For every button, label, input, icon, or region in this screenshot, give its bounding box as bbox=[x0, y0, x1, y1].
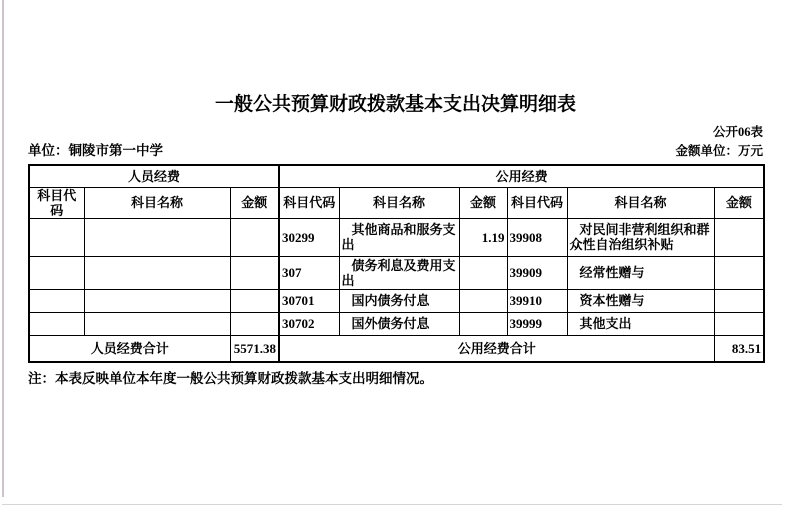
table-cell: 国外债务付息 bbox=[339, 312, 459, 335]
table-cell bbox=[84, 312, 230, 335]
document-page: { "header": { "title": "一般公共预算财政拨款基本支出决算… bbox=[0, 0, 793, 505]
public-total-label: 公用经费合计 bbox=[279, 335, 714, 362]
table-cell bbox=[459, 289, 507, 312]
unit-name: 铜陵市第一中学 bbox=[69, 143, 164, 158]
amount-unit-label: 金额单位： bbox=[675, 144, 738, 158]
table-cell bbox=[29, 218, 84, 256]
table-cell: 30702 bbox=[279, 312, 339, 335]
column-header-row: 科目代码 科目名称 金额 科目代码 科目名称 金额 科目代码 科目名称 金额 bbox=[29, 187, 764, 218]
page-title: 一般公共预算财政拨款基本支出决算明细表 bbox=[28, 94, 763, 116]
column-header: 科目名称 bbox=[84, 187, 230, 218]
column-header: 科目名称 bbox=[339, 187, 459, 218]
group-header-personnel: 人员经费 bbox=[29, 165, 279, 187]
table-cell: 307 bbox=[279, 256, 339, 289]
personnel-total-label: 人员经费合计 bbox=[29, 335, 230, 362]
personnel-total-amount: 5571.38 bbox=[230, 335, 279, 362]
table-cell bbox=[714, 289, 764, 312]
table-cell: 39999 bbox=[507, 312, 567, 335]
column-header: 科目代码 bbox=[507, 187, 567, 218]
column-header: 科目代码 bbox=[279, 187, 339, 218]
table-cell bbox=[459, 256, 507, 289]
table-row: 30701 国内债务付息 39910 资本性赠与 bbox=[29, 289, 764, 312]
meta-row: 单位：铜陵市第一中学 金额单位：万元 bbox=[28, 142, 763, 160]
table-cell: 其他商品和服务支出 bbox=[339, 218, 459, 256]
table-cell bbox=[459, 312, 507, 335]
table-cell bbox=[230, 256, 279, 289]
report-document: 一般公共预算财政拨款基本支出决算明细表 公开06表 单位：铜陵市第一中学 金额单… bbox=[28, 0, 763, 387]
table-cell bbox=[230, 289, 279, 312]
amount-unit-value: 万元 bbox=[738, 144, 763, 158]
table-cell: 1.19 bbox=[459, 218, 507, 256]
table-cell: 39909 bbox=[507, 256, 567, 289]
expenditure-detail-table: 人员经费 公用经费 科目代码 科目名称 金额 科目代码 科目名称 金额 科目代码… bbox=[28, 164, 765, 363]
unit-label: 单位： bbox=[28, 143, 69, 158]
table-cell: 国内债务付息 bbox=[339, 289, 459, 312]
table-cell bbox=[84, 289, 230, 312]
table-cell: 债务利息及费用支出 bbox=[339, 256, 459, 289]
table-cell bbox=[714, 218, 764, 256]
public-total-amount: 83.51 bbox=[714, 335, 764, 362]
table-cell: 30701 bbox=[279, 289, 339, 312]
column-header: 科目代码 bbox=[29, 187, 84, 218]
table-cell bbox=[714, 312, 764, 335]
unit-line: 单位：铜陵市第一中学 bbox=[28, 142, 163, 159]
table-cell: 经常性赠与 bbox=[567, 256, 714, 289]
table-cell bbox=[230, 312, 279, 335]
amount-unit-line: 金额单位：万元 bbox=[675, 143, 763, 160]
form-number: 公开06表 bbox=[28, 124, 763, 140]
table-cell: 39910 bbox=[507, 289, 567, 312]
table-cell: 资本性赠与 bbox=[567, 289, 714, 312]
table-cell: 39908 bbox=[507, 218, 567, 256]
footnote: 注：本表反映单位本年度一般公共预算财政拨款基本支出明细情况。 bbox=[28, 370, 763, 387]
table-row: 30299 其他商品和服务支出 1.19 39908 对民间非营利组织和群众性自… bbox=[29, 218, 764, 256]
column-header: 金额 bbox=[230, 187, 279, 218]
table-cell bbox=[84, 256, 230, 289]
page-edge-line bbox=[2, 0, 4, 497]
table-row: 30702 国外债务付息 39999 其他支出 bbox=[29, 312, 764, 335]
group-header-public: 公用经费 bbox=[279, 165, 764, 187]
table-cell bbox=[230, 218, 279, 256]
table-cell bbox=[29, 312, 84, 335]
table-cell: 30299 bbox=[279, 218, 339, 256]
table-cell: 其他支出 bbox=[567, 312, 714, 335]
column-header: 金额 bbox=[714, 187, 764, 218]
column-header: 金额 bbox=[459, 187, 507, 218]
table-cell: 对民间非营利组织和群众性自治组织补贴 bbox=[567, 218, 714, 256]
total-row: 人员经费合计 5571.38 公用经费合计 83.51 bbox=[29, 335, 764, 362]
table-row: 307 债务利息及费用支出 39909 经常性赠与 bbox=[29, 256, 764, 289]
table-cell bbox=[29, 256, 84, 289]
group-header-row: 人员经费 公用经费 bbox=[29, 165, 764, 187]
table-cell bbox=[84, 218, 230, 256]
column-header: 科目名称 bbox=[567, 187, 714, 218]
table-cell bbox=[29, 289, 84, 312]
table-cell bbox=[714, 256, 764, 289]
